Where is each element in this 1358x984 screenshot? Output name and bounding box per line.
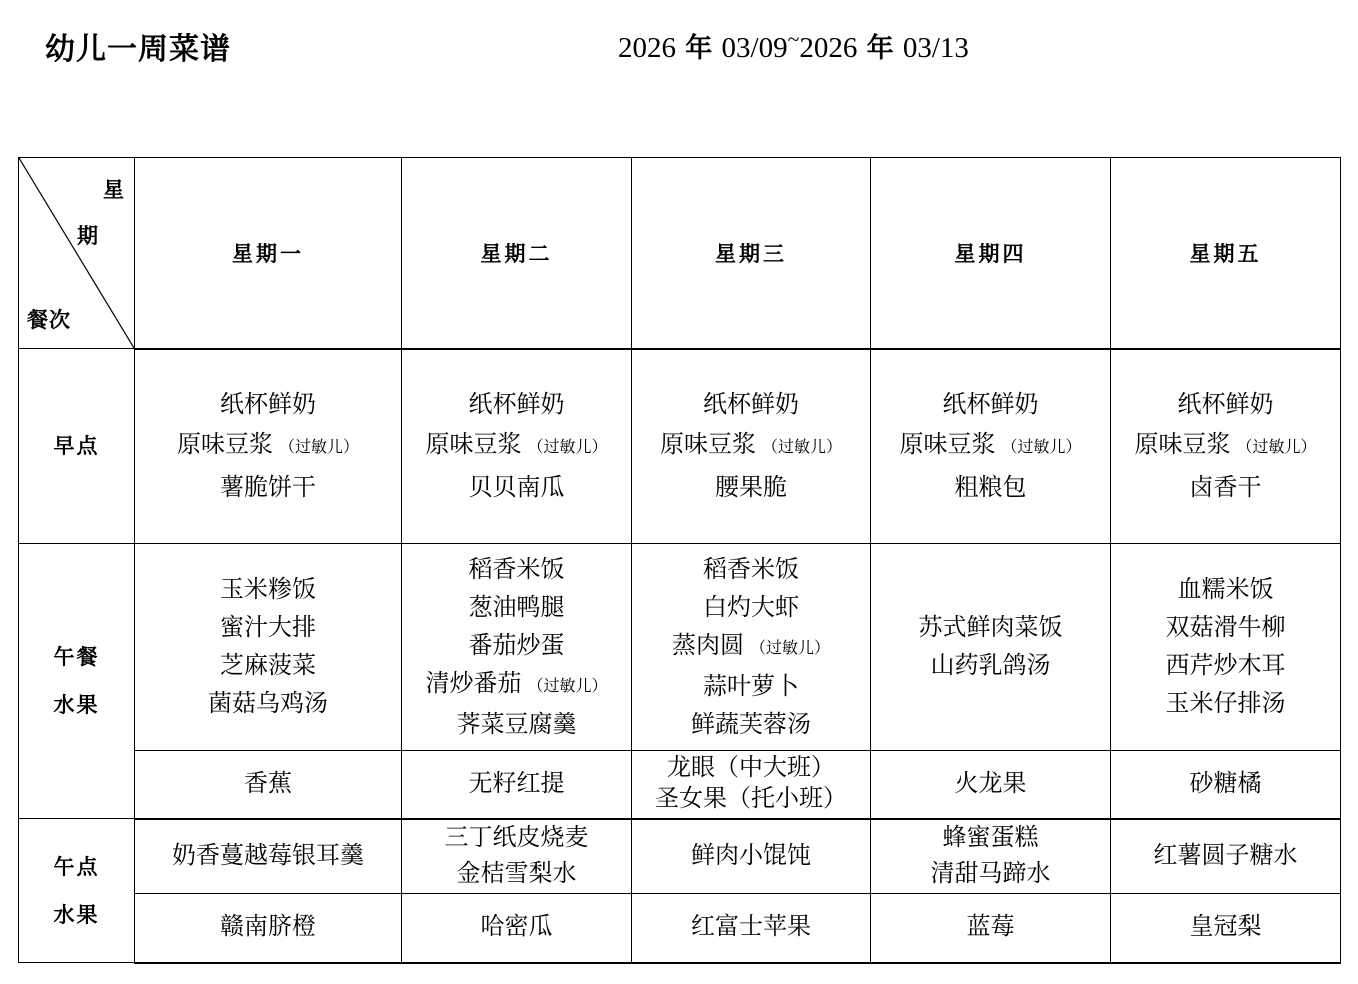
menu-item: 纸杯鲜奶 bbox=[871, 385, 1110, 425]
cell-lunch-wed: 稻香米饭白灼大虾蒸肉圆 （过敏儿）蒜叶萝卜鲜蔬芙蓉汤 bbox=[632, 544, 871, 751]
row-label-text: 午点 bbox=[19, 843, 134, 891]
row-label-snack-fruit: 午点 水果 bbox=[19, 819, 135, 963]
menu-item: 原味豆浆 （过敏儿） bbox=[871, 425, 1110, 468]
menu-item: 蜂蜜蛋糕 bbox=[871, 820, 1110, 856]
cell-breakfast-fri: 纸杯鲜奶原味豆浆 （过敏儿）卤香干 bbox=[1111, 349, 1341, 544]
menu-item: 荠菜豆腐羹 bbox=[402, 706, 631, 744]
menu-item: 鲜蔬芙蓉汤 bbox=[632, 706, 870, 744]
menu-item: 火龙果 bbox=[871, 769, 1110, 800]
menu-item: 鲜肉小馄饨 bbox=[632, 838, 870, 874]
menu-item: 血糯米饭 bbox=[1111, 571, 1340, 609]
menu-table: 星期 餐次 星期一 星期二 星期三 星期四 星期五 早点 纸杯鲜奶原味豆浆 （过… bbox=[18, 157, 1341, 964]
menu-item: 山药乳鸽汤 bbox=[871, 647, 1110, 685]
cell-lunch-fri: 血糯米饭双菇滑牛柳西芹炒木耳玉米仔排汤 bbox=[1111, 544, 1341, 751]
menu-item: 原味豆浆 （过敏儿） bbox=[1111, 425, 1340, 468]
cell-lunch-fruit-tue: 无籽红提 bbox=[402, 751, 632, 819]
menu-item: 蓝莓 bbox=[871, 912, 1110, 943]
menu-item: 稻香米饭 bbox=[632, 551, 870, 589]
allergy-note: （过敏儿） bbox=[527, 439, 607, 456]
menu-item: 原味豆浆 （过敏儿） bbox=[135, 425, 401, 468]
menu-item: 苏式鲜肉菜饭 bbox=[871, 609, 1110, 647]
page-title: 幼儿一周菜谱 bbox=[45, 24, 231, 68]
cell-snack-fruit-mon: 赣南脐橙 bbox=[135, 894, 402, 963]
cell-lunch-fruit-mon: 香蕉 bbox=[135, 751, 402, 819]
corner-meal-label: 餐次 bbox=[27, 304, 71, 334]
row-label-text: 午餐 bbox=[19, 633, 134, 681]
menu-item: 清甜马蹄水 bbox=[871, 856, 1110, 892]
row-label-text: 早点 bbox=[19, 422, 134, 470]
menu-item: 玉米仔排汤 bbox=[1111, 685, 1340, 723]
menu-item: 蒜叶萝卜 bbox=[632, 668, 870, 706]
menu-item: 蒸肉圆 （过敏儿） bbox=[632, 627, 870, 668]
day-header-thursday: 星期四 bbox=[871, 158, 1111, 349]
allergy-note: （过敏儿） bbox=[279, 439, 359, 456]
allergy-note: （过敏儿） bbox=[527, 678, 607, 695]
menu-item: 龙眼（中大班） bbox=[632, 753, 870, 784]
menu-item: 稻香米饭 bbox=[402, 551, 631, 589]
menu-item: 芝麻菠菜 bbox=[135, 647, 401, 685]
menu-item: 清炒番茄 （过敏儿） bbox=[402, 665, 631, 706]
row-label-lunch-fruit: 午餐 水果 bbox=[19, 544, 135, 819]
cell-lunch-fruit-wed: 龙眼（中大班）圣女果（托小班） bbox=[632, 751, 871, 819]
page: 幼儿一周菜谱 2026 年 03/09~2026 年 03/13 星期 餐次 星… bbox=[0, 0, 1358, 984]
cell-snack-mon: 奶香蔓越莓银耳羹 bbox=[135, 819, 402, 894]
cell-breakfast-tue: 纸杯鲜奶原味豆浆 （过敏儿）贝贝南瓜 bbox=[402, 349, 632, 544]
menu-item: 蜜汁大排 bbox=[135, 609, 401, 647]
cell-snack-thu: 蜂蜜蛋糕清甜马蹄水 bbox=[871, 819, 1111, 894]
menu-item: 皇冠梨 bbox=[1111, 912, 1340, 943]
menu-item: 玉米糁饭 bbox=[135, 571, 401, 609]
menu-item: 贝贝南瓜 bbox=[402, 468, 631, 508]
menu-item: 三丁纸皮烧麦 bbox=[402, 820, 631, 856]
date-range: 2026 年 03/09~2026 年 03/13 bbox=[618, 26, 969, 65]
cell-snack-fruit-thu: 蓝莓 bbox=[871, 894, 1111, 963]
menu-item: 无籽红提 bbox=[402, 769, 631, 800]
menu-item: 奶香蔓越莓银耳羹 bbox=[135, 838, 401, 874]
menu-item: 纸杯鲜奶 bbox=[1111, 385, 1340, 425]
menu-item: 卤香干 bbox=[1111, 468, 1340, 508]
menu-item: 纸杯鲜奶 bbox=[402, 385, 631, 425]
allergy-note: （过敏儿） bbox=[1001, 439, 1081, 456]
cell-lunch-thu: 苏式鲜肉菜饭山药乳鸽汤 bbox=[871, 544, 1111, 751]
day-header-friday: 星期五 bbox=[1111, 158, 1341, 349]
cell-snack-fruit-wed: 红富士苹果 bbox=[632, 894, 871, 963]
cell-lunch-fruit-thu: 火龙果 bbox=[871, 751, 1111, 819]
menu-item: 双菇滑牛柳 bbox=[1111, 609, 1340, 647]
cell-snack-wed: 鲜肉小馄饨 bbox=[632, 819, 871, 894]
menu-item: 原味豆浆 （过敏儿） bbox=[402, 425, 631, 468]
menu-item: 圣女果（托小班） bbox=[632, 784, 870, 815]
menu-item: 金桔雪梨水 bbox=[402, 856, 631, 892]
menu-item: 葱油鸭腿 bbox=[402, 589, 631, 627]
day-header-wednesday: 星期三 bbox=[632, 158, 871, 349]
menu-item: 红薯圆子糖水 bbox=[1111, 838, 1340, 874]
row-label-text: 水果 bbox=[19, 891, 134, 939]
corner-header-cell: 星期 餐次 bbox=[19, 158, 135, 349]
menu-item: 哈密瓜 bbox=[402, 912, 631, 943]
allergy-note: （过敏儿） bbox=[762, 439, 842, 456]
menu-item: 香蕉 bbox=[135, 769, 401, 800]
menu-item: 腰果脆 bbox=[632, 468, 870, 508]
menu-item: 赣南脐橙 bbox=[135, 912, 401, 943]
menu-item: 番茄炒蛋 bbox=[402, 627, 631, 665]
row-label-breakfast: 早点 bbox=[19, 349, 135, 544]
day-header-tuesday: 星期二 bbox=[402, 158, 632, 349]
menu-item: 西芹炒木耳 bbox=[1111, 647, 1340, 685]
menu-item: 菌菇乌鸡汤 bbox=[135, 685, 401, 723]
row-label-text: 水果 bbox=[19, 681, 134, 729]
cell-snack-fri: 红薯圆子糖水 bbox=[1111, 819, 1341, 894]
cell-snack-fruit-fri: 皇冠梨 bbox=[1111, 894, 1341, 963]
cell-snack-fruit-tue: 哈密瓜 bbox=[402, 894, 632, 963]
allergy-note: （过敏儿） bbox=[1236, 439, 1316, 456]
cell-breakfast-thu: 纸杯鲜奶原味豆浆 （过敏儿）粗粮包 bbox=[871, 349, 1111, 544]
menu-item: 红富士苹果 bbox=[632, 912, 870, 943]
menu-item: 纸杯鲜奶 bbox=[135, 385, 401, 425]
allergy-note: （过敏儿） bbox=[750, 640, 830, 657]
day-header-monday: 星期一 bbox=[135, 158, 402, 349]
menu-item: 白灼大虾 bbox=[632, 589, 870, 627]
cell-lunch-mon: 玉米糁饭蜜汁大排芝麻菠菜菌菇乌鸡汤 bbox=[135, 544, 402, 751]
menu-item: 粗粮包 bbox=[871, 468, 1110, 508]
menu-item: 砂糖橘 bbox=[1111, 769, 1340, 800]
menu-item: 薯脆饼干 bbox=[135, 468, 401, 508]
cell-lunch-fruit-fri: 砂糖橘 bbox=[1111, 751, 1341, 819]
cell-lunch-tue: 稻香米饭葱油鸭腿番茄炒蛋清炒番茄 （过敏儿）荠菜豆腐羹 bbox=[402, 544, 632, 751]
cell-breakfast-wed: 纸杯鲜奶原味豆浆 （过敏儿）腰果脆 bbox=[632, 349, 871, 544]
menu-item: 纸杯鲜奶 bbox=[632, 385, 870, 425]
cell-breakfast-mon: 纸杯鲜奶原味豆浆 （过敏儿）薯脆饼干 bbox=[135, 349, 402, 544]
menu-item: 原味豆浆 （过敏儿） bbox=[632, 425, 870, 468]
cell-snack-tue: 三丁纸皮烧麦金桔雪梨水 bbox=[402, 819, 632, 894]
